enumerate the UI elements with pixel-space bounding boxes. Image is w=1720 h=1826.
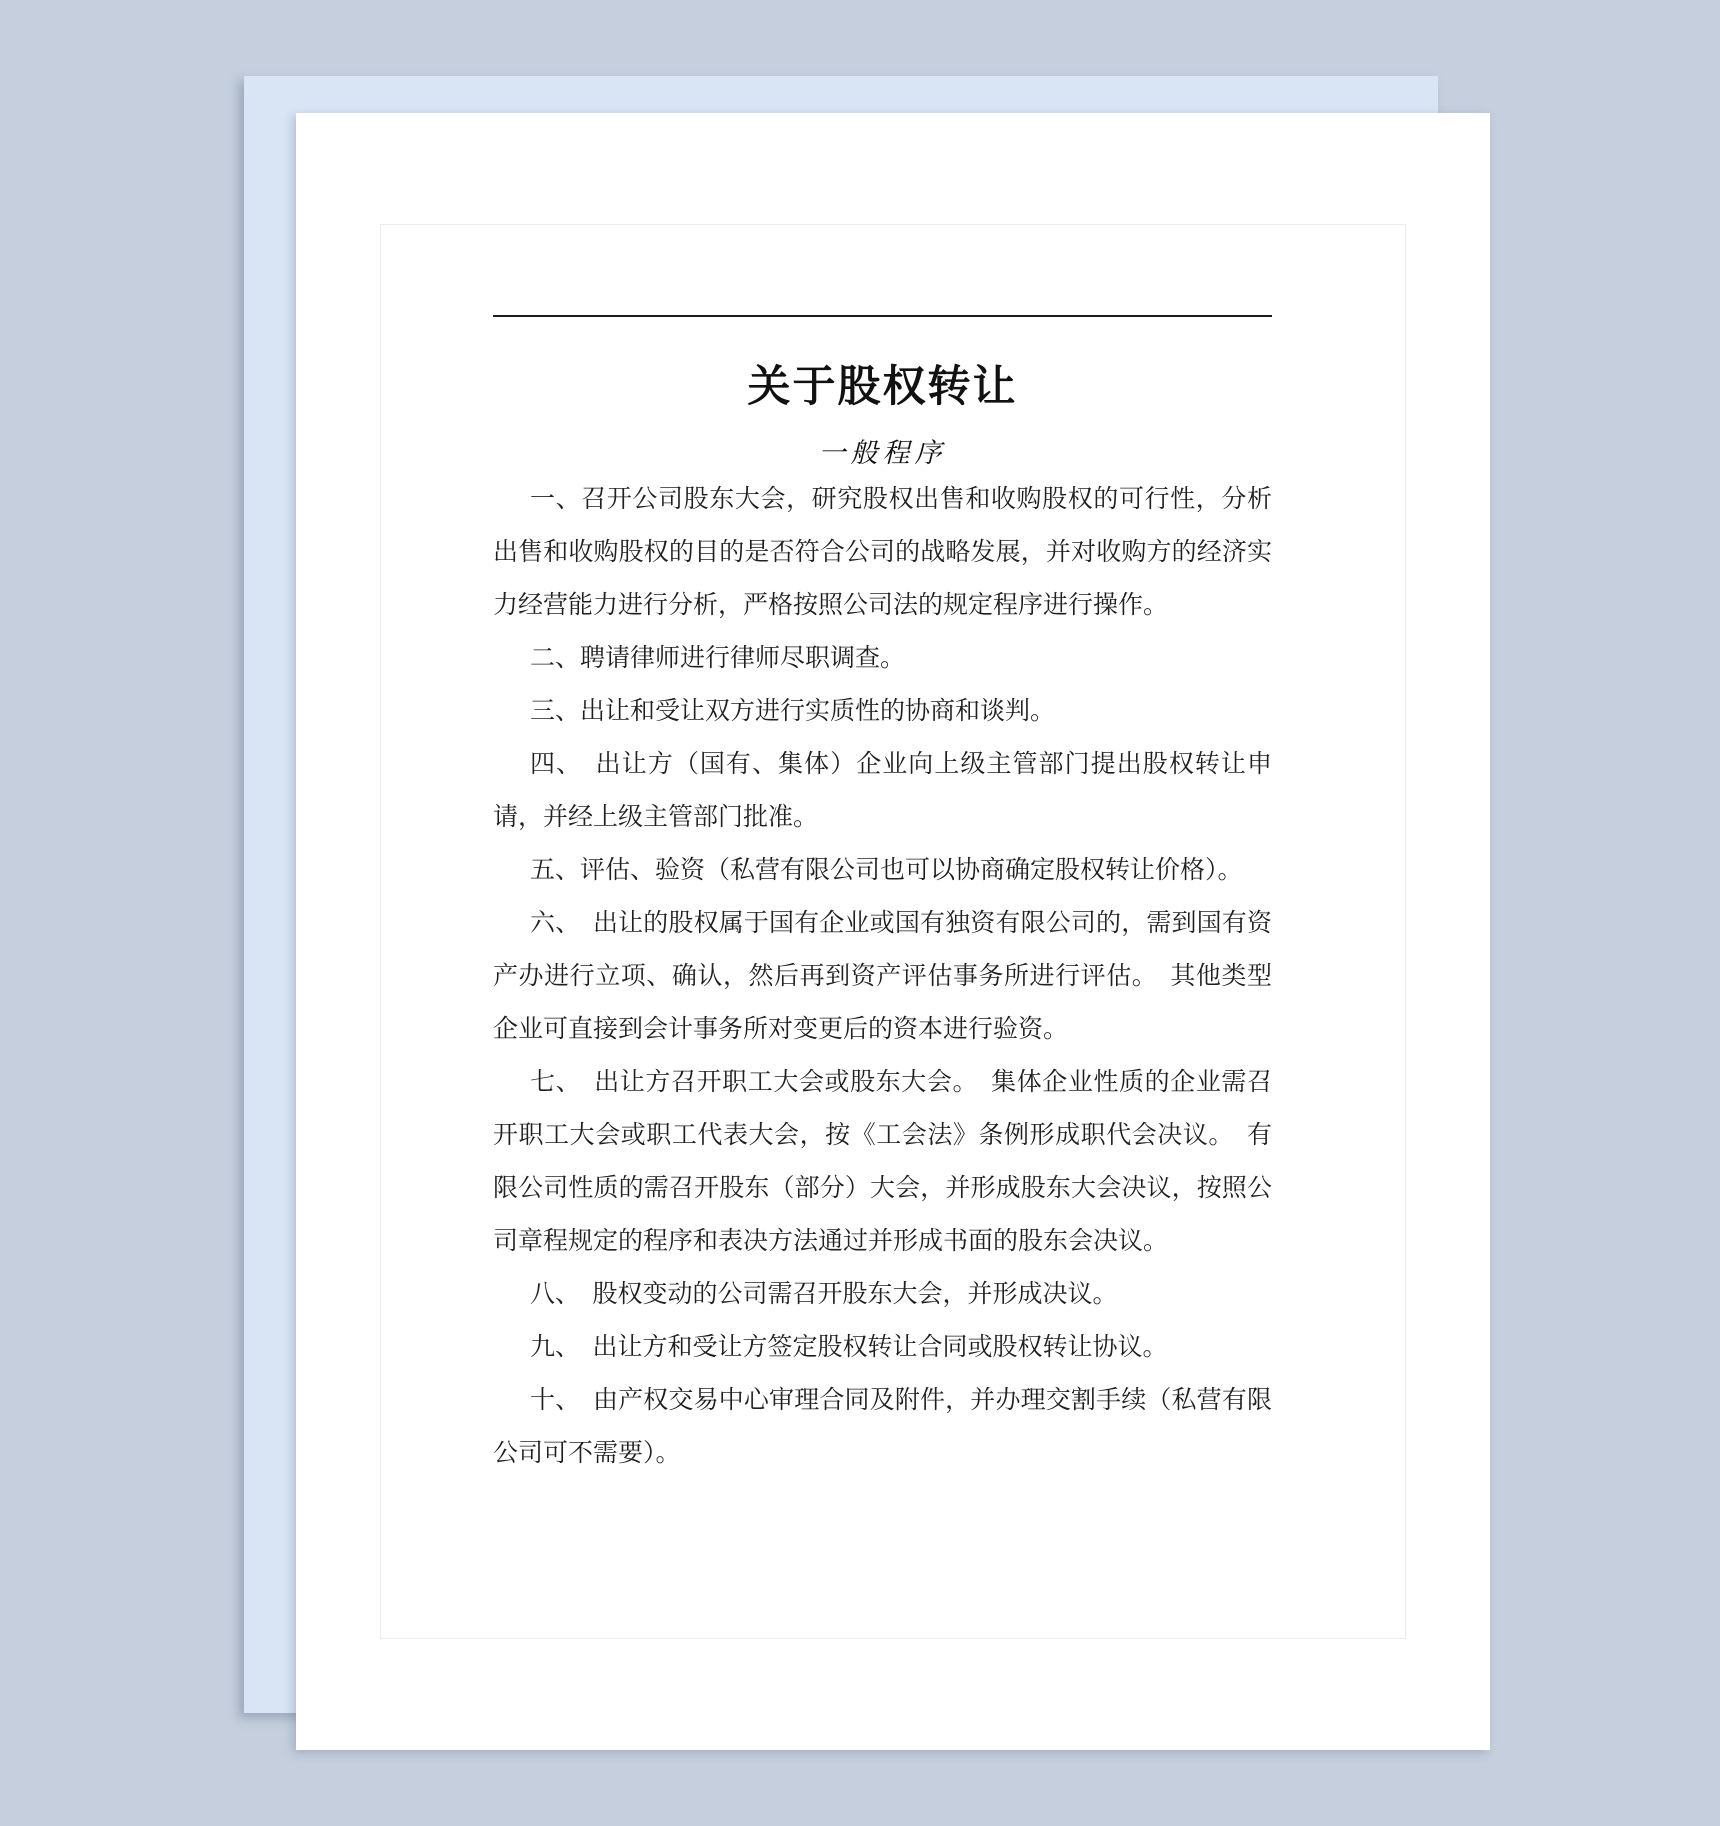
document-title: 关于股权转让 bbox=[493, 361, 1272, 413]
document-paragraph: 五、评估、验资（私营有限公司也可以协商确定股权转让价格）。 bbox=[493, 844, 1272, 897]
document-paragraph: 十、 由产权交易中心审理合同及附件，并办理交割手续（私营有限公司可不需要）。 bbox=[493, 1374, 1272, 1480]
header-rule-line bbox=[493, 315, 1272, 317]
document-page: 关于股权转让 一般程序 一、召开公司股东大会，研究股权出售和收购股权的可行性，分… bbox=[296, 113, 1490, 1750]
document-subtitle: 一般程序 bbox=[493, 437, 1272, 471]
document-paragraph: 四、 出让方（国有、集体）企业向上级主管部门提出股权转让申请，并经上级主管部门批… bbox=[493, 738, 1272, 844]
preview-background: 关于股权转让 一般程序 一、召开公司股东大会，研究股权出售和收购股权的可行性，分… bbox=[0, 0, 1720, 1826]
document-paragraph: 六、 出让的股权属于国有企业或国有独资有限公司的，需到国有资产办进行立项、确认，… bbox=[493, 897, 1272, 1056]
document-paragraph: 八、 股权变动的公司需召开股东大会，并形成决议。 bbox=[493, 1268, 1272, 1321]
document-paragraph: 三、出让和受让双方进行实质性的协商和谈判。 bbox=[493, 685, 1272, 738]
document-paragraph: 一、召开公司股东大会，研究股权出售和收购股权的可行性，分析出售和收购股权的目的是… bbox=[493, 473, 1272, 632]
document-paragraph: 七、 出让方召开职工大会或股东大会。 集体企业性质的企业需召开职工大会或职工代表… bbox=[493, 1056, 1272, 1268]
document-paragraph: 九、 出让方和受让方签定股权转让合同或股权转让协议。 bbox=[493, 1321, 1272, 1374]
document-paragraph: 二、聘请律师进行律师尽职调查。 bbox=[493, 632, 1272, 685]
document-body: 一、召开公司股东大会，研究股权出售和收购股权的可行性，分析出售和收购股权的目的是… bbox=[493, 473, 1272, 1480]
